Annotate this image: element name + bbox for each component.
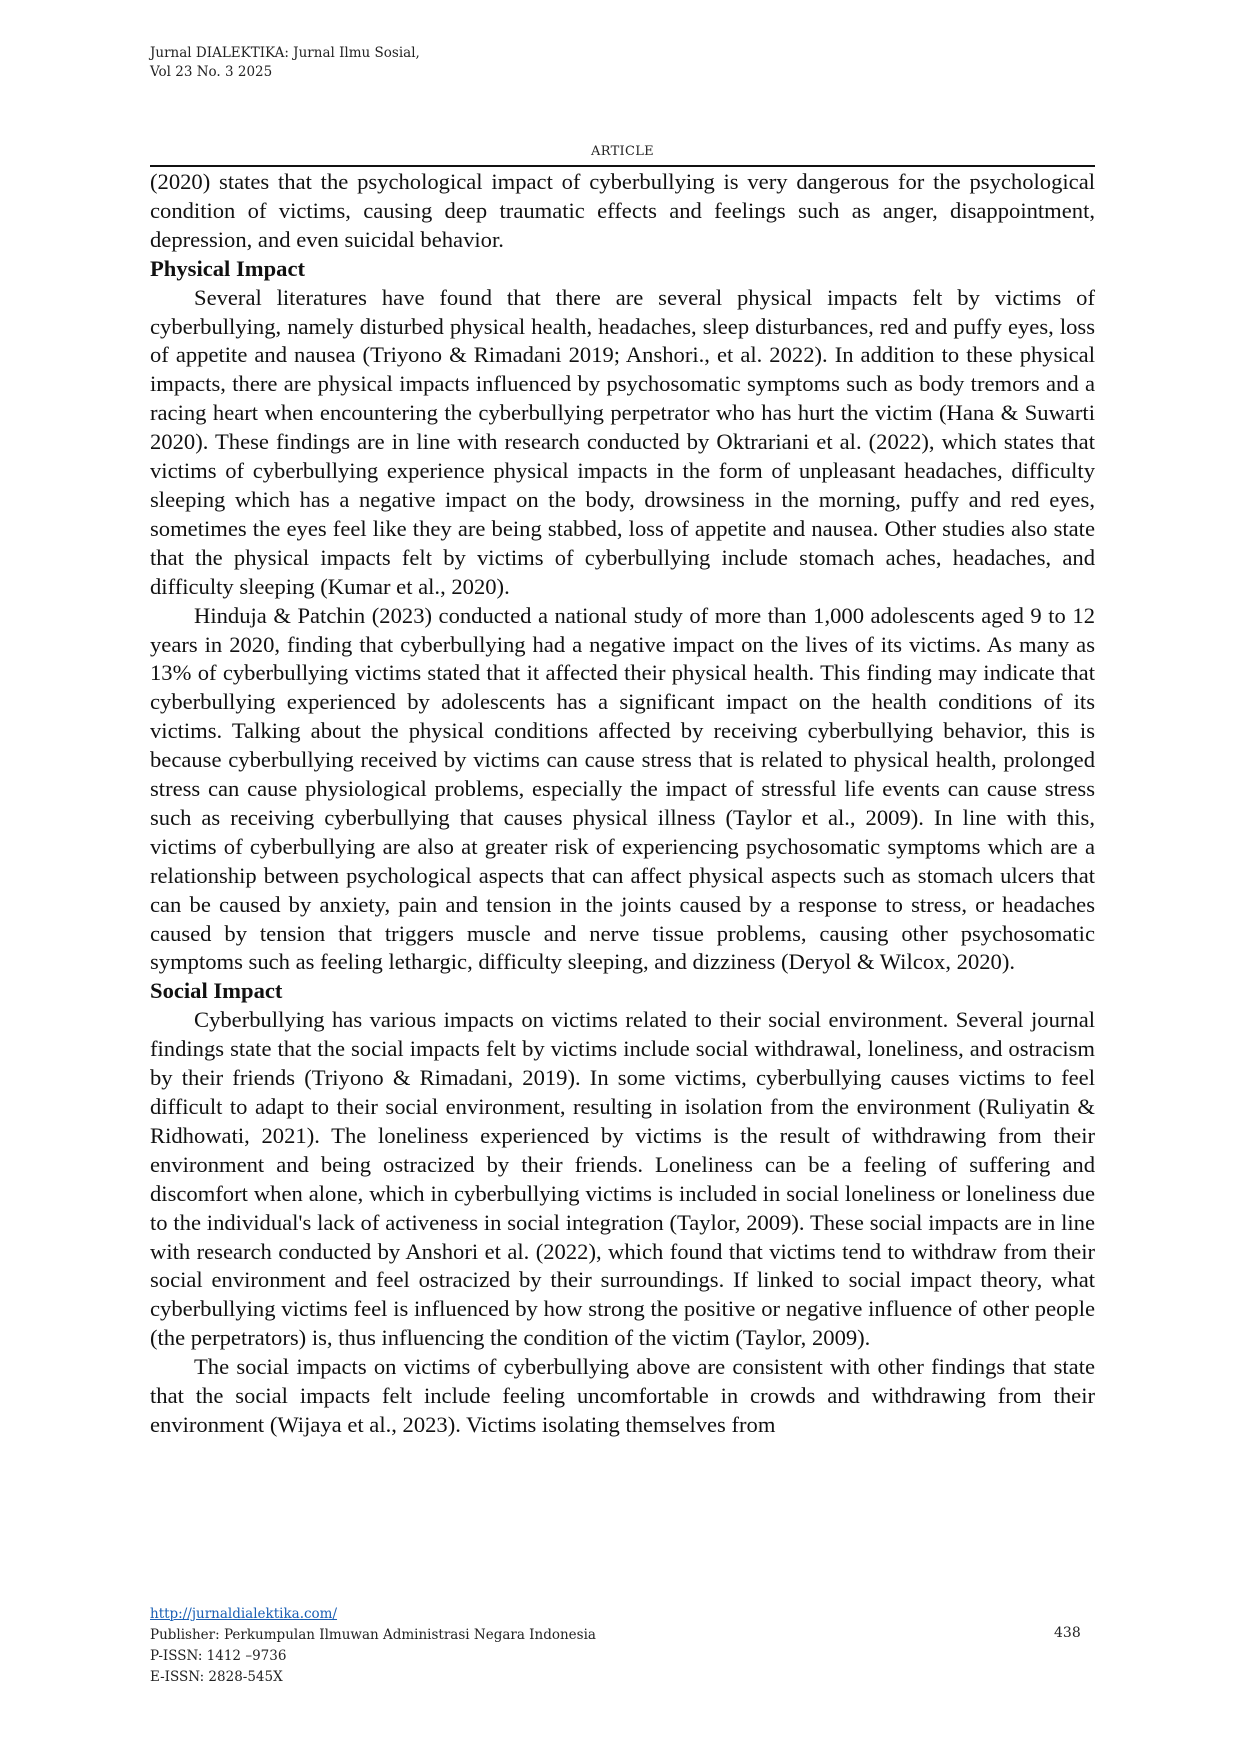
running-header: Jurnal DIALEKTIKA: Jurnal Ilmu Sosial, V…: [150, 44, 420, 82]
journal-url-link[interactable]: http://jurnaldialektika.com/: [150, 1606, 337, 1622]
paragraph: Several literatures have found that ther…: [150, 284, 1095, 602]
page-number: 438: [1054, 1625, 1081, 1641]
section-heading-physical-impact: Physical Impact: [150, 255, 1095, 284]
article-type-label: ARTICLE: [150, 144, 1095, 159]
p-issn: P-ISSN: 1412 –9736: [150, 1646, 596, 1667]
journal-title: Jurnal DIALEKTIKA: Jurnal Ilmu Sosial,: [150, 44, 420, 63]
page-footer: http://jurnaldialektika.com/ Publisher: …: [150, 1604, 596, 1688]
paragraph: Cyberbullying has various impacts on vic…: [150, 1006, 1095, 1353]
journal-volume: Vol 23 No. 3 2025: [150, 63, 420, 82]
paragraph: The social impacts on victims of cyberbu…: [150, 1353, 1095, 1440]
header-rule: [150, 165, 1095, 167]
paragraph: Hinduja & Patchin (2023) conducted a nat…: [150, 602, 1095, 978]
paragraph-continued: (2020) states that the psychological imp…: [150, 168, 1095, 255]
publisher: Publisher: Perkumpulan Ilmuwan Administr…: [150, 1625, 596, 1646]
article-body: (2020) states that the psychological imp…: [150, 168, 1095, 1440]
e-issn: E-ISSN: 2828-545X: [150, 1667, 596, 1688]
section-heading-social-impact: Social Impact: [150, 977, 1095, 1006]
